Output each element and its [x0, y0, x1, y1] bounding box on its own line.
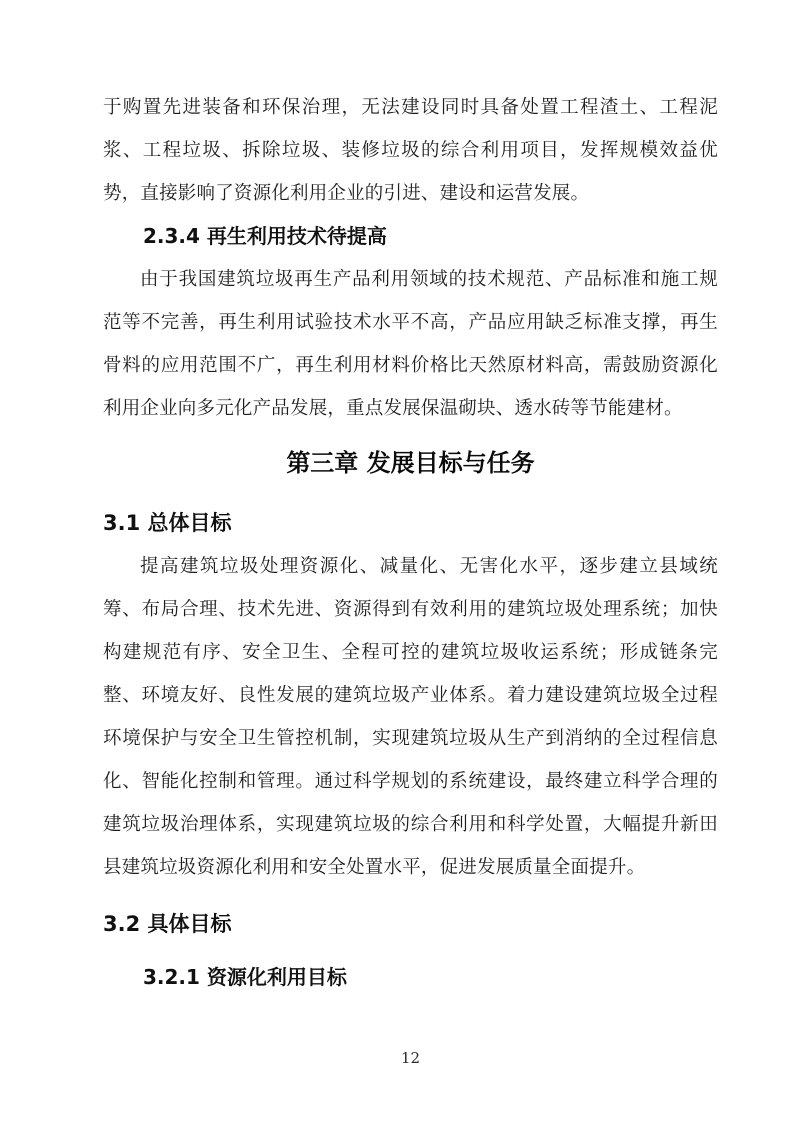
heading-2-3-4: 2.3.4 再生利用技术待提高: [103, 215, 718, 258]
paragraph-continuation: 于购置先进装备和环保治理，无法建设同时具备处置工程渣土、工程泥浆、工程垃圾、拆除…: [103, 86, 718, 215]
paragraph-2-3-4-body: 由于我国建筑垃圾再生产品利用领域的技术规范、产品标准和施工规范等不完善，再生利用…: [103, 258, 718, 430]
document-page: 于购置先进装备和环保治理，无法建设同时具备处置工程渣土、工程泥浆、工程垃圾、拆除…: [0, 0, 793, 1122]
heading-3-2: 3.2 具体目标: [103, 903, 718, 946]
document-content: 于购置先进装备和环保治理，无法建设同时具备处置工程渣土、工程泥浆、工程垃圾、拆除…: [103, 86, 718, 999]
chapter-3-title: 第三章 发展目标与任务: [103, 440, 718, 486]
paragraph-3-1-body: 提高建筑垃圾处理资源化、减量化、无害化水平，逐步建立县域统筹、布局合理、技术先进…: [103, 545, 718, 889]
heading-3-2-1: 3.2.1 资源化利用目标: [103, 956, 718, 999]
page-number: 12: [103, 1048, 718, 1068]
heading-3-1: 3.1 总体目标: [103, 502, 718, 545]
